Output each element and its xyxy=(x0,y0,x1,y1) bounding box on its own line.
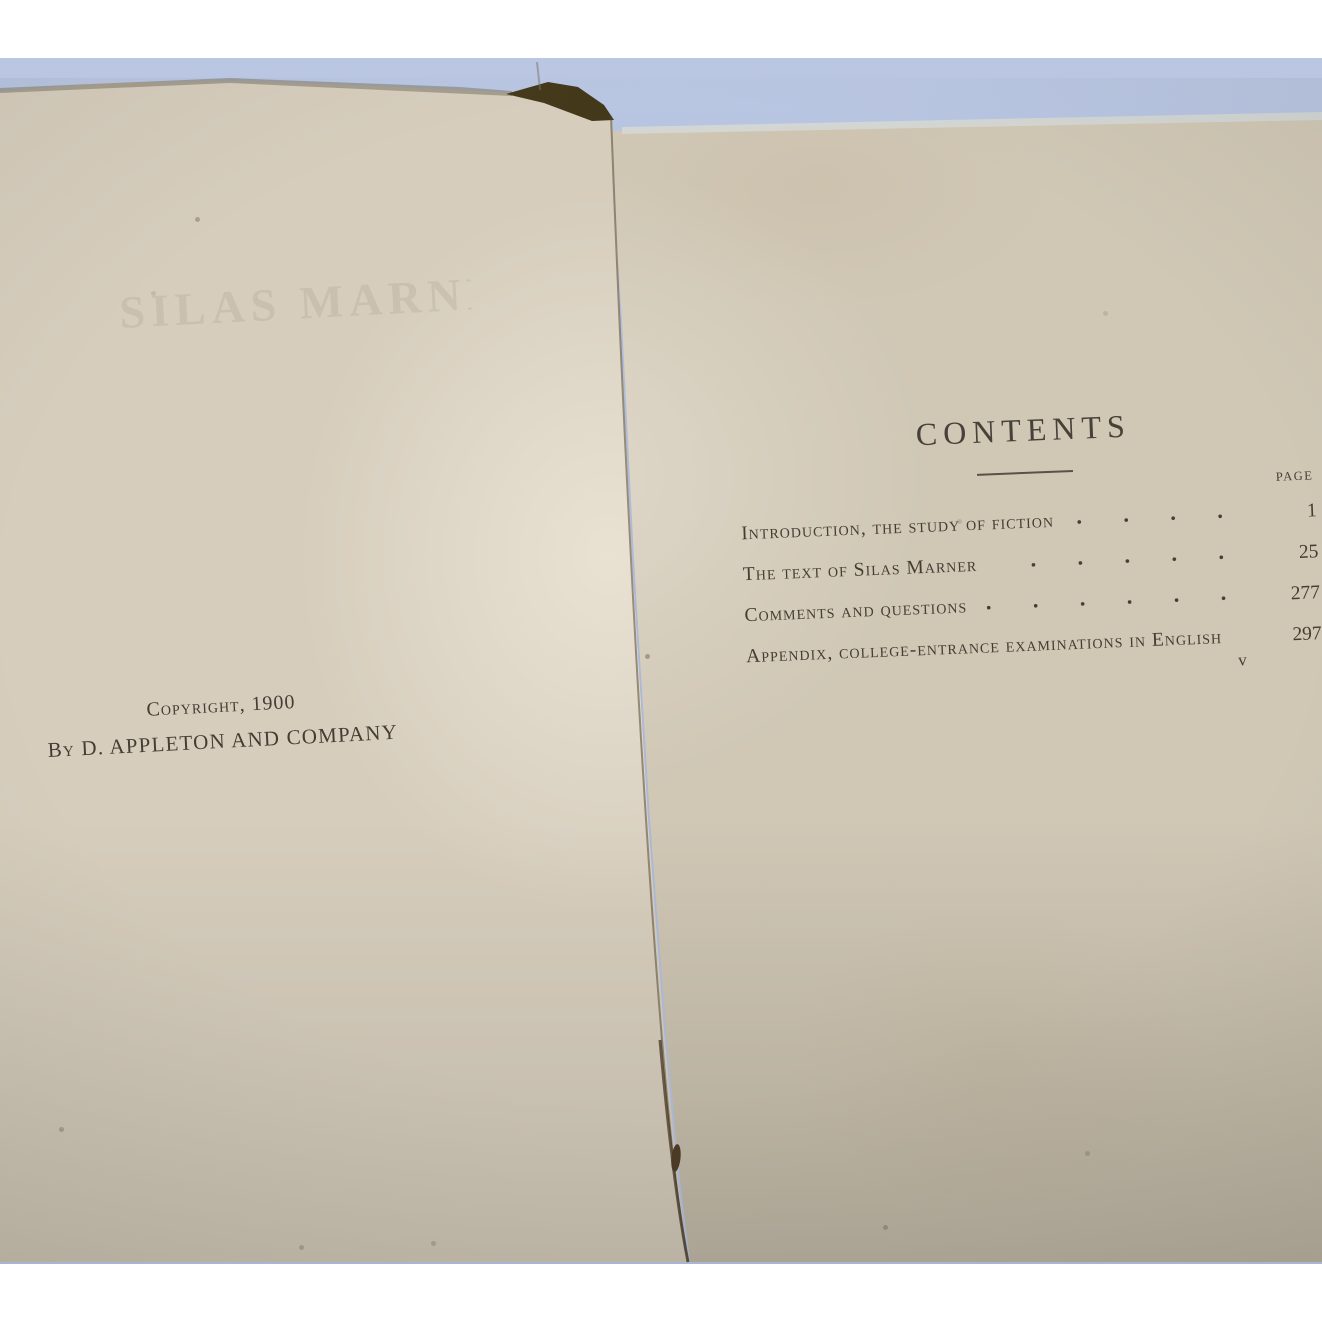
paper-specks xyxy=(0,0,3,3)
book-photo: SILAS MARNER Copyright, 1900 By D. APPLE… xyxy=(0,0,1322,1322)
photo-vignette xyxy=(0,78,1322,1262)
